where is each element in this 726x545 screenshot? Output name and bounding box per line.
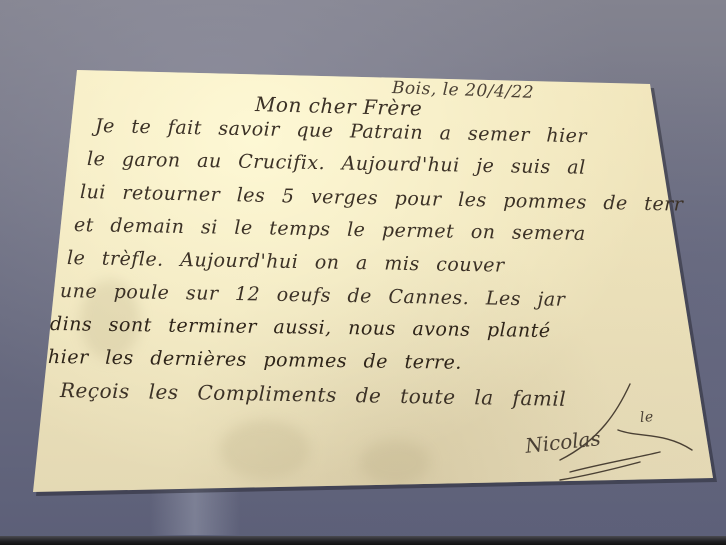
paper-stain xyxy=(360,440,430,485)
table-edge xyxy=(0,536,726,545)
greeting: Mon cher Frère xyxy=(255,92,423,120)
paper-stain xyxy=(220,420,310,480)
